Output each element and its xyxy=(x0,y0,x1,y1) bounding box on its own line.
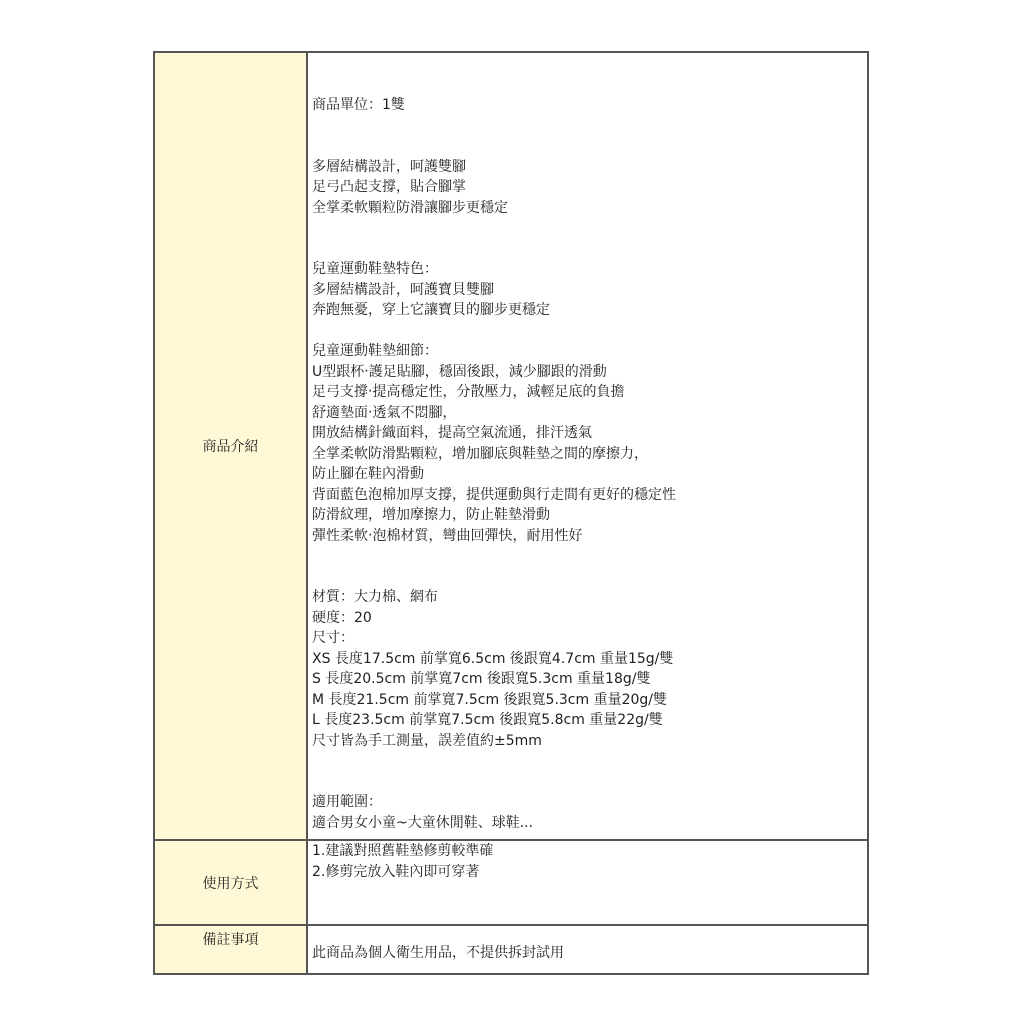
usage-step: 2.修剪完放入鞋內即可穿著 xyxy=(312,862,867,883)
highlights-line: 奔跑無憂，穿上它讓寶貝的腳步更穩定 xyxy=(312,300,867,321)
size-xs-line: XS 長度17.5cm 前掌寬6.5cm 後跟寬4.7cm 重量15g/雙 xyxy=(312,649,867,670)
notes-line: 此商品為個人衛生用品，不提供拆封試用 xyxy=(312,935,867,964)
details-line: 開放結構針織面料，提高空氣流通，排汗透氣 xyxy=(312,423,867,444)
details-heading: 兒童運動鞋墊細節： xyxy=(312,341,867,362)
material-line: 材質：大力棉、網布 xyxy=(312,587,867,608)
size-l-line: L 長度23.5cm 前掌寬7.5cm 後跟寬5.8cm 重量22g/雙 xyxy=(312,710,867,731)
hardness-line: 硬度：20 xyxy=(312,608,867,629)
details-line: 防滑紋理，增加摩擦力，防止鞋墊滑動 xyxy=(312,505,867,526)
details-line: 全掌柔軟防滑點顆粒，增加腳底與鞋墊之間的摩擦力， xyxy=(312,444,867,465)
product-spec-table: 商品介紹 商品單位：1雙 多層結構設計，呵護雙腳 足弓凸起支撐，貼合腳掌 全掌柔… xyxy=(153,51,869,975)
feature-line: 多層結構設計，呵護雙腳 xyxy=(312,157,867,178)
size-s-line: S 長度20.5cm 前掌寬7cm 後跟寬5.3cm 重量18g/雙 xyxy=(312,669,867,690)
details-line: 背面藍色泡棉加厚支撐，提供運動與行走間有更好的穩定性 xyxy=(312,485,867,506)
label-usage: 使用方式 xyxy=(154,840,307,925)
row-product-intro: 商品介紹 商品單位：1雙 多層結構設計，呵護雙腳 足弓凸起支撐，貼合腳掌 全掌柔… xyxy=(154,52,868,840)
details-line: U型跟杯‧護足貼腳，穩固後跟，減少腳跟的滑動 xyxy=(312,362,867,383)
label-text: 備註事項 xyxy=(203,932,259,948)
row-notes: 備註事項 此商品為個人衛生用品，不提供拆封試用 xyxy=(154,925,868,974)
details-line: 彈性柔軟‧泡棉材質，彎曲回彈快，耐用性好 xyxy=(312,526,867,547)
value-usage: 1.建議對照舊鞋墊修剪較準確 2.修剪完放入鞋內即可穿著 xyxy=(307,840,868,925)
scope-heading: 適用範圍： xyxy=(312,792,867,813)
label-notes: 備註事項 xyxy=(154,925,307,974)
label-product-intro: 商品介紹 xyxy=(154,52,307,840)
label-text: 使用方式 xyxy=(203,876,259,892)
details-line: 足弓支撐‧提高穩定性，分散壓力，減輕足底的負擔 xyxy=(312,382,867,403)
row-usage: 使用方式 1.建議對照舊鞋墊修剪較準確 2.修剪完放入鞋內即可穿著 xyxy=(154,840,868,925)
size-m-line: M 長度21.5cm 前掌寬7.5cm 後跟寬5.3cm 重量20g/雙 xyxy=(312,690,867,711)
highlights-line: 多層結構設計，呵護寶貝雙腳 xyxy=(312,280,867,301)
feature-line: 足弓凸起支撐，貼合腳掌 xyxy=(312,177,867,198)
value-notes: 此商品為個人衛生用品，不提供拆封試用 xyxy=(307,925,868,974)
label-text: 商品介紹 xyxy=(203,439,259,455)
highlights-heading: 兒童運動鞋墊特色： xyxy=(312,259,867,280)
scope-line: 適合男女小童~大童休閒鞋、球鞋... xyxy=(312,813,867,834)
size-heading: 尺寸： xyxy=(312,628,867,649)
usage-step: 1.建議對照舊鞋墊修剪較準確 xyxy=(312,841,867,862)
size-note-line: 尺寸皆為手工測量，誤差值約±5mm xyxy=(312,731,867,752)
feature-line: 全掌柔軟顆粒防滑讓腳步更穩定 xyxy=(312,198,867,219)
details-line: 舒適墊面‧透氣不悶腳， xyxy=(312,403,867,424)
value-product-intro: 商品單位：1雙 多層結構設計，呵護雙腳 足弓凸起支撐，貼合腳掌 全掌柔軟顆粒防滑… xyxy=(307,52,868,840)
unit-line: 商品單位：1雙 xyxy=(312,95,867,116)
details-line: 防止腳在鞋內滑動 xyxy=(312,464,867,485)
